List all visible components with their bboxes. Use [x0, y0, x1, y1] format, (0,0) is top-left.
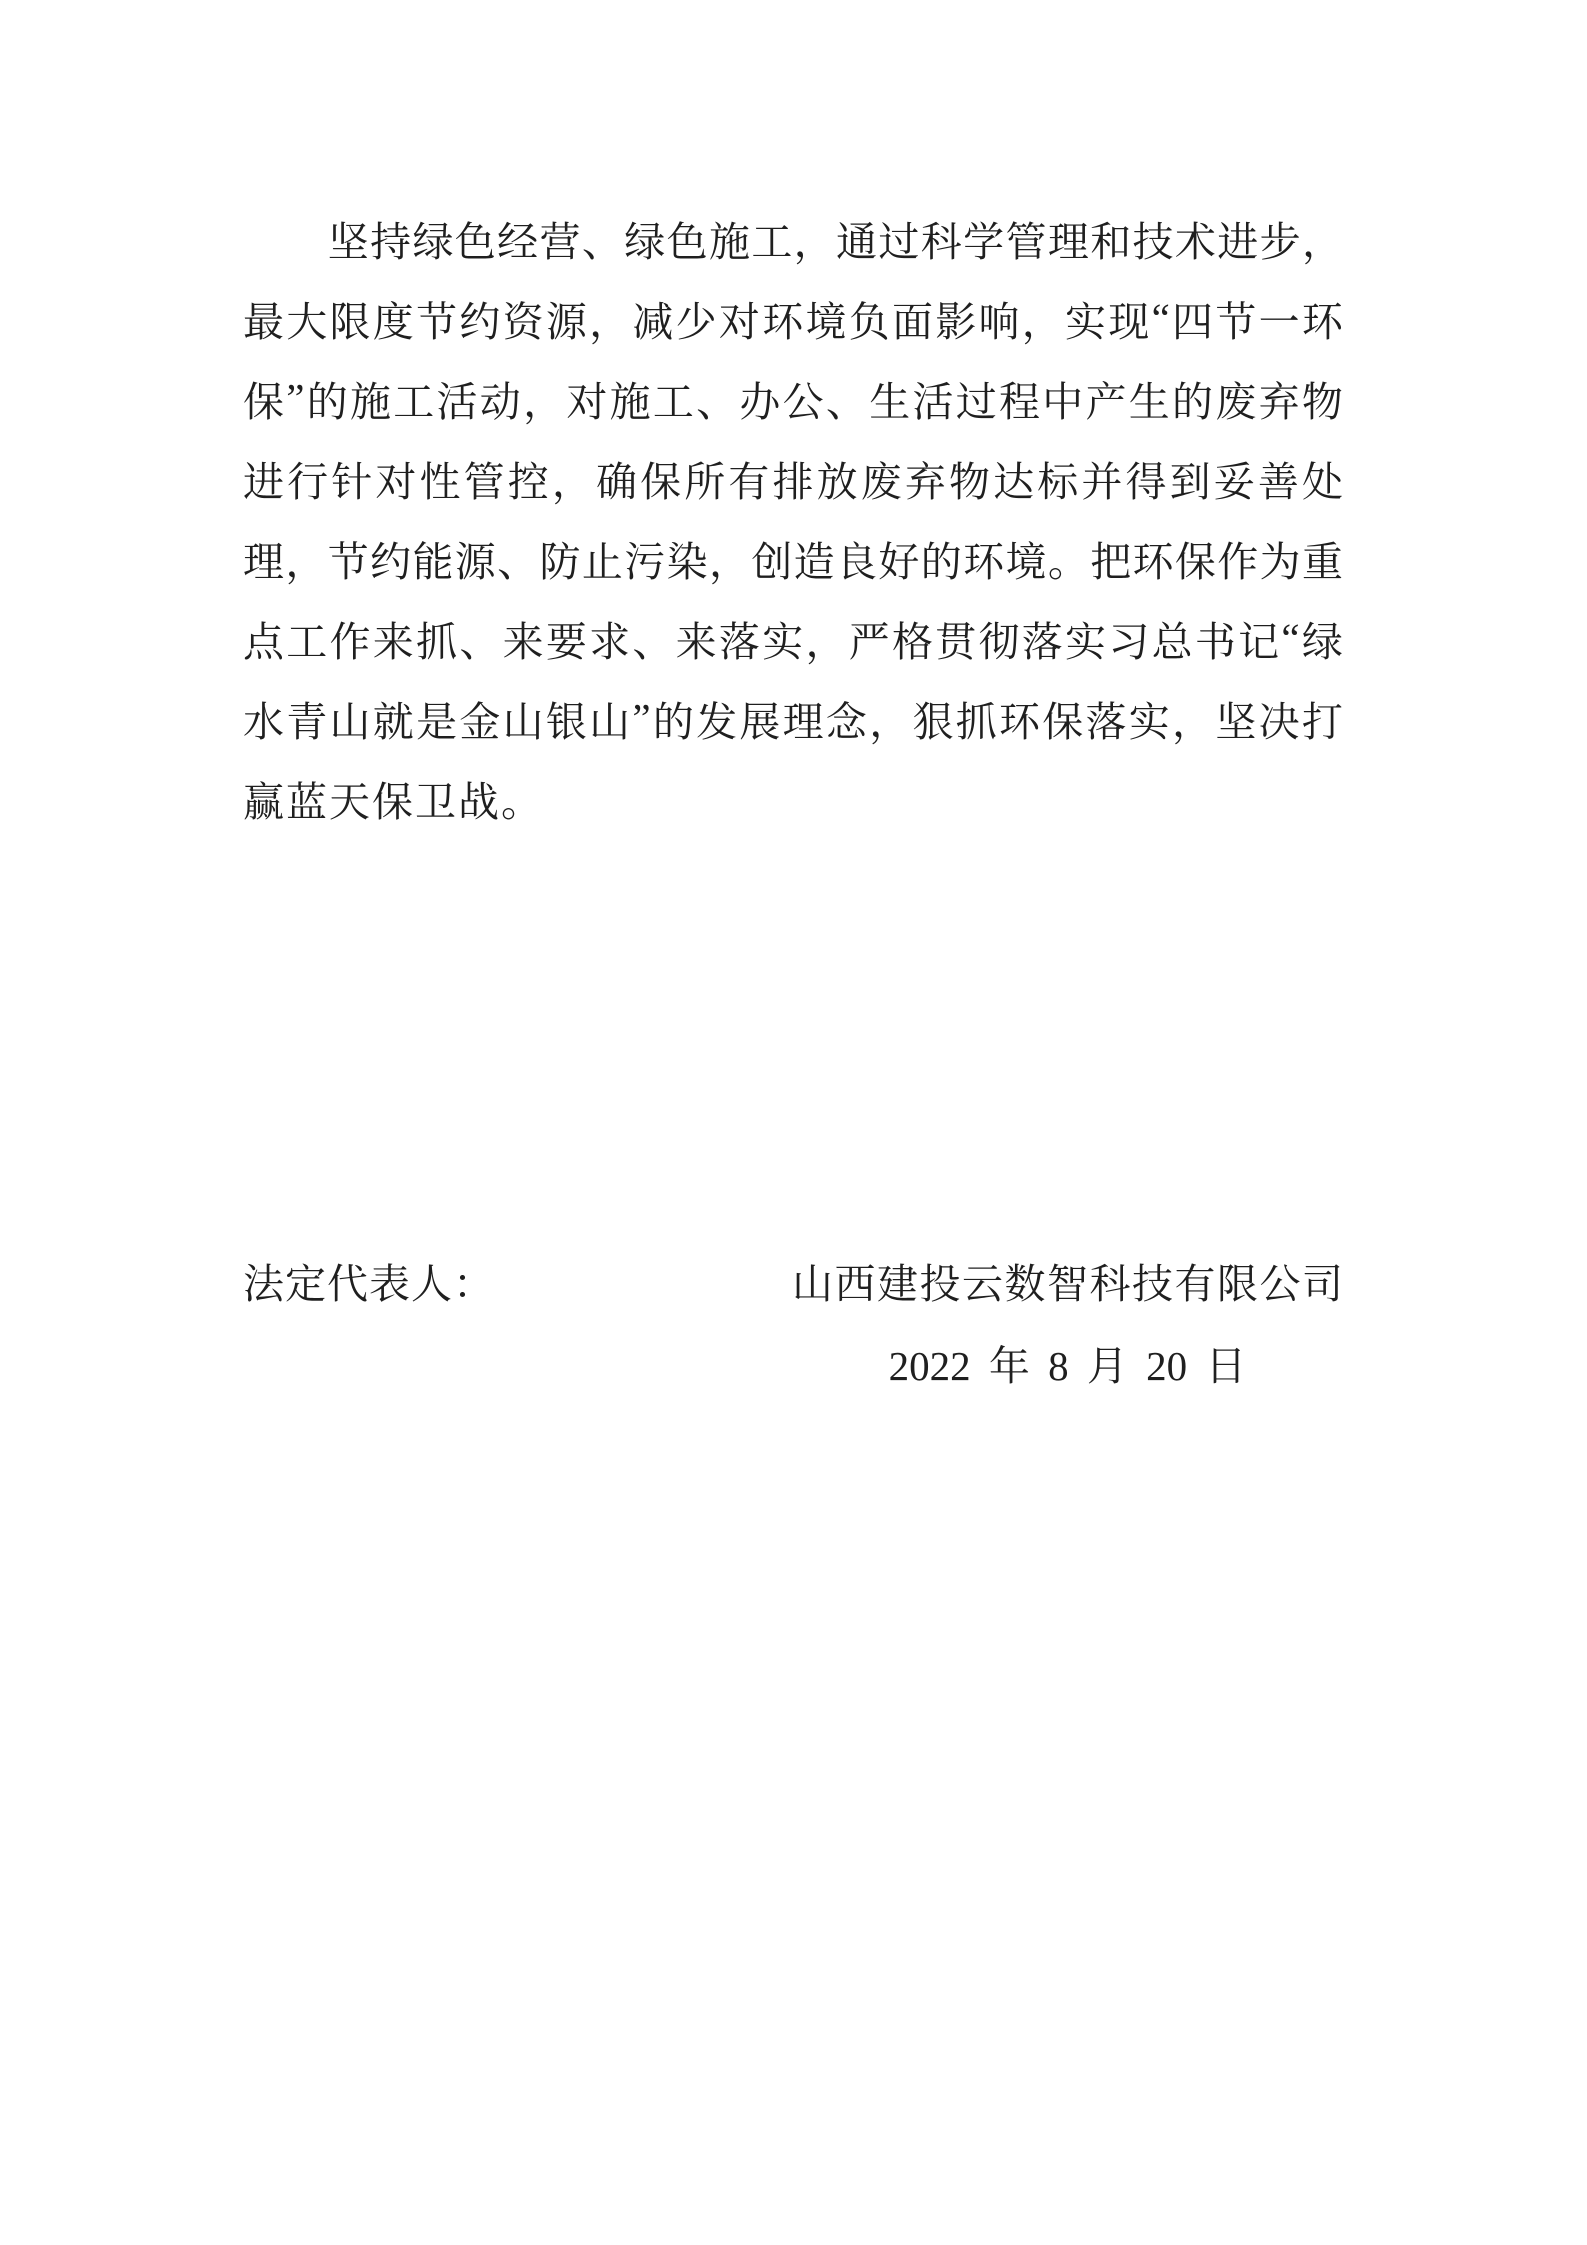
paragraph-line: 赢蓝天保卫战。	[243, 758, 1343, 838]
char: 工	[653, 369, 694, 428]
char: 、	[826, 369, 867, 428]
char: 把	[1090, 529, 1131, 588]
char: 是	[416, 689, 457, 748]
char: 色	[667, 209, 708, 268]
char: 念	[826, 689, 867, 748]
char: 有	[1175, 1251, 1216, 1310]
char: 经	[497, 209, 538, 268]
char: ，	[1022, 289, 1063, 348]
char: 减	[632, 289, 673, 348]
char: 限	[1217, 1251, 1258, 1310]
char: 落	[719, 609, 760, 668]
char: 响	[979, 289, 1020, 348]
char: 良	[836, 529, 877, 588]
issue-date-row: 2022 年 8 月 20 日	[792, 1322, 1343, 1402]
char: 蓝	[286, 769, 327, 828]
char: 理	[1048, 209, 1089, 268]
char: 造	[794, 529, 835, 588]
char: 到	[1170, 449, 1211, 508]
char: 理	[243, 529, 284, 588]
char: 办	[739, 369, 780, 428]
char: 来	[503, 609, 544, 668]
char: 放	[817, 449, 858, 508]
char: 施	[610, 369, 651, 428]
char: 性	[420, 449, 461, 508]
char: ，	[794, 209, 835, 268]
char: 过	[956, 369, 997, 428]
char: 贯	[935, 609, 976, 668]
char: 善	[1258, 449, 1299, 508]
char: 数	[1005, 1251, 1046, 1310]
char: 止	[582, 529, 623, 588]
signature-row: 法定代表人： 山西建投云数智科技有限公司	[243, 1240, 1343, 1320]
char: 科	[921, 209, 962, 268]
char: 总	[1152, 609, 1193, 668]
char: 限	[330, 289, 371, 348]
char: 达	[993, 449, 1034, 508]
char: 金	[459, 689, 500, 748]
paragraph-line: 进行针对性管控，确保所有排放废弃物达标并得到妥善处	[243, 438, 1343, 518]
char: 管	[464, 449, 505, 508]
char: 境	[805, 289, 846, 348]
char: 对	[566, 369, 607, 428]
char: 坚	[1215, 689, 1256, 748]
char: 、	[497, 529, 538, 588]
char: 现	[1108, 289, 1149, 348]
char: 持	[370, 209, 411, 268]
char: 和	[1090, 209, 1131, 268]
char: 少	[676, 289, 717, 348]
char: 打	[1302, 689, 1343, 748]
paragraph-line: 最大限度节约资源，减少对环境负面影响，实现“四节一环	[243, 278, 1343, 358]
char: 活	[912, 369, 953, 428]
char: 行	[287, 449, 328, 508]
document-page: 坚持绿色经营、绿色施工，通过科学管理和技术进步，最大限度节约资源，减少对环境负面…	[0, 0, 1587, 2245]
char: 术	[1175, 209, 1216, 268]
char: 为	[1260, 529, 1301, 588]
char: 活	[437, 369, 478, 428]
char: 、	[459, 609, 500, 668]
char: 通	[836, 209, 877, 268]
char: 动	[480, 369, 521, 428]
char: 物	[949, 449, 990, 508]
char: 程	[999, 369, 1040, 428]
char	[285, 209, 326, 268]
char: 智	[1047, 1251, 1088, 1310]
char: 针	[331, 449, 372, 508]
char: 实	[1065, 609, 1106, 668]
char: 过	[878, 209, 919, 268]
char: 工	[751, 209, 792, 268]
char: 习	[1108, 609, 1149, 668]
char: 色	[455, 209, 496, 268]
char: 绿	[412, 209, 453, 268]
char: 。	[501, 769, 542, 828]
char: 重	[1302, 529, 1343, 588]
char: 要	[546, 609, 587, 668]
char: 保	[1042, 689, 1083, 748]
char: 落	[1086, 689, 1127, 748]
char: 得	[1126, 449, 1167, 508]
char: 生	[1129, 369, 1170, 428]
char: 保	[372, 769, 413, 828]
char: 废	[1215, 369, 1256, 428]
char: 环	[1133, 529, 1174, 588]
char: ”	[286, 374, 304, 422]
char: 工	[393, 369, 434, 428]
char: 。	[1048, 529, 1089, 588]
char: 司	[1302, 1251, 1343, 1310]
char: 作	[330, 609, 371, 668]
char: 中	[1042, 369, 1083, 428]
char: 科	[1090, 1251, 1131, 1310]
char: 保	[640, 449, 681, 508]
char: 环	[963, 529, 1004, 588]
char: 处	[1302, 449, 1343, 508]
char: 所	[684, 449, 725, 508]
char: 生	[869, 369, 910, 428]
char: 四	[1172, 289, 1213, 348]
paragraph-line: 保”的施工活动，对施工、办公、生活过程中产生的废弃物	[243, 358, 1343, 438]
char: 绿	[624, 209, 665, 268]
char: 的	[921, 529, 962, 588]
char: 战	[458, 769, 499, 828]
char: 建	[877, 1251, 918, 1310]
char: 影	[935, 289, 976, 348]
char: 进	[1217, 209, 1258, 268]
char: 并	[1081, 449, 1122, 508]
char: 卫	[415, 769, 456, 828]
char: 公	[783, 369, 824, 428]
char: 面	[892, 289, 933, 348]
char: 的	[1172, 369, 1213, 428]
char: 环	[762, 289, 803, 348]
char: ，	[805, 609, 846, 668]
char: ，	[869, 689, 910, 748]
char: 山	[792, 1251, 833, 1310]
char: 能	[412, 529, 453, 588]
char: 来	[373, 609, 414, 668]
char: 天	[329, 769, 370, 828]
char: 、	[696, 369, 737, 428]
char: 西	[835, 1251, 876, 1310]
char: 环	[1302, 289, 1343, 348]
char: 标	[1037, 449, 1078, 508]
char: 实	[1129, 689, 1170, 748]
char: 技	[1133, 209, 1174, 268]
char: 进	[243, 449, 284, 508]
char: 对	[375, 449, 416, 508]
char: 银	[546, 689, 587, 748]
char: “	[1281, 614, 1299, 662]
legal-representative-label: 法定代表人：	[243, 1251, 495, 1310]
char: 山	[330, 689, 371, 748]
paragraph-line: 坚持绿色经营、绿色施工，通过科学管理和技术进步，	[243, 198, 1343, 278]
char: ，	[285, 529, 326, 588]
char: “	[1152, 294, 1170, 342]
char: 赢	[243, 769, 284, 828]
body-paragraph: 坚持绿色经营、绿色施工，通过科学管理和技术进步，最大限度节约资源，减少对环境负面…	[243, 198, 1343, 838]
issue-date: 2022 年 8 月 20 日	[889, 1333, 1247, 1392]
char: 保	[1175, 529, 1216, 588]
char: ，	[1302, 209, 1343, 268]
char: 营	[540, 209, 581, 268]
char: 决	[1259, 689, 1300, 748]
char: 落	[1022, 609, 1063, 668]
char: 确	[596, 449, 637, 508]
char: 投	[920, 1251, 961, 1310]
char: 一	[1259, 289, 1300, 348]
char: 排	[773, 449, 814, 508]
char: 实	[762, 609, 803, 668]
char: 坚	[328, 209, 369, 268]
char: 的	[307, 369, 348, 428]
char: 最	[243, 289, 284, 348]
char: 来	[676, 609, 717, 668]
char: ，	[1172, 689, 1213, 748]
char: ，	[523, 369, 564, 428]
char: 求	[589, 609, 630, 668]
char: 狠	[912, 689, 953, 748]
char: 云	[962, 1251, 1003, 1310]
char: 、	[632, 609, 673, 668]
char: 约	[459, 289, 500, 348]
char: 控	[508, 449, 549, 508]
char: 防	[540, 529, 581, 588]
char: 妥	[1214, 449, 1255, 508]
char: 水	[243, 689, 284, 748]
char: ，	[552, 449, 593, 508]
char: 步	[1260, 209, 1301, 268]
char: 作	[1217, 529, 1258, 588]
char: 物	[1302, 369, 1343, 428]
char: 弃	[1259, 369, 1300, 428]
char: 书	[1195, 609, 1236, 668]
char: 资	[503, 289, 544, 348]
char: 学	[963, 209, 1004, 268]
char: 大	[286, 289, 327, 348]
char: 源	[546, 289, 587, 348]
char: 源	[455, 529, 496, 588]
char: 抓	[416, 609, 457, 668]
char: 施	[709, 209, 750, 268]
char: 展	[739, 689, 780, 748]
char: 、	[582, 209, 623, 268]
char: 对	[719, 289, 760, 348]
paragraph-line: 理，节约能源、防止污染，创造良好的环境。把环保作为重	[243, 518, 1343, 598]
char: 的	[653, 689, 694, 748]
char: 负	[849, 289, 890, 348]
char: 技	[1132, 1251, 1173, 1310]
char: 好	[878, 529, 919, 588]
char: 有	[728, 449, 769, 508]
char: 抓	[956, 689, 997, 748]
char: 节	[416, 289, 457, 348]
char: ，	[589, 289, 630, 348]
char: 绿	[1302, 609, 1343, 668]
char: 约	[370, 529, 411, 588]
char: 山	[503, 689, 544, 748]
char: 环	[999, 689, 1040, 748]
char: 就	[373, 689, 414, 748]
char: 弃	[905, 449, 946, 508]
char	[243, 209, 284, 268]
char: 创	[751, 529, 792, 588]
char: 管	[1005, 209, 1046, 268]
char: 实	[1065, 289, 1106, 348]
char: 节	[1215, 289, 1256, 348]
char: 污	[624, 529, 665, 588]
char: ，	[709, 529, 750, 588]
char: 工	[286, 609, 327, 668]
char: 理	[783, 689, 824, 748]
char: 保	[243, 369, 284, 428]
char: 记	[1238, 609, 1279, 668]
char: 节	[328, 529, 369, 588]
char: 点	[243, 609, 284, 668]
char: 彻	[979, 609, 1020, 668]
char: 染	[667, 529, 708, 588]
char: 格	[892, 609, 933, 668]
char: 山	[589, 689, 630, 748]
char: 废	[861, 449, 902, 508]
char: 施	[350, 369, 391, 428]
company-name: 山西建投云数智科技有限公司	[792, 1251, 1343, 1310]
char: 严	[849, 609, 890, 668]
char: 青	[286, 689, 327, 748]
char: 度	[373, 289, 414, 348]
char: ”	[632, 694, 650, 742]
char: 境	[1005, 529, 1046, 588]
char: 公	[1260, 1251, 1301, 1310]
paragraph-line: 水青山就是金山银山”的发展理念，狠抓环保落实，坚决打	[243, 678, 1343, 758]
paragraph-line: 点工作来抓、来要求、来落实，严格贯彻落实习总书记“绿	[243, 598, 1343, 678]
char: 产	[1086, 369, 1127, 428]
char: 发	[696, 689, 737, 748]
